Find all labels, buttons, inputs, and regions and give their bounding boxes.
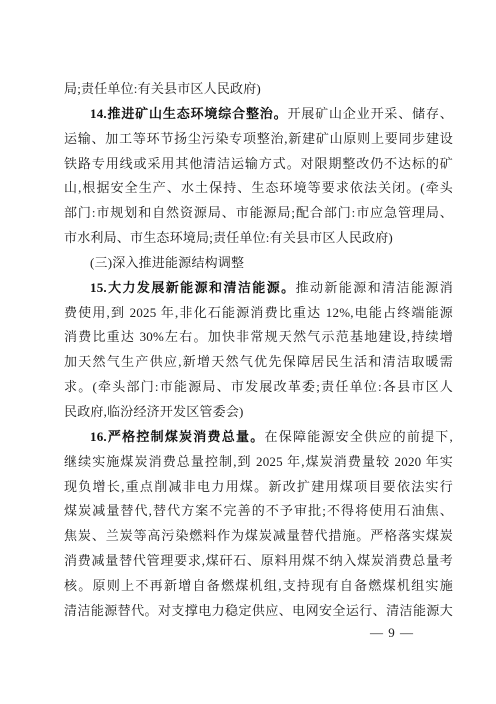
item-14-first-line: 14.推进矿山生态环境综合整治。开展矿山企业开采、储存、 xyxy=(64,102,453,127)
item-15-line: 费使用,到 2025 年,非化石能源消费比重达 12%,电能占终端能源 xyxy=(64,301,453,326)
item-15-first-line: 15.大力发展新能源和清洁能源。推动新能源和清洁能源消 xyxy=(64,276,453,301)
item-14-line: 部门:市规划和自然资源局、市能源局;配合部门:市应急管理局、 xyxy=(64,201,453,226)
item-15-line: 求。(牵头部门:市能源局、市发展改革委;责任单位:各县市区人 xyxy=(64,375,453,400)
page-number: — 9 — xyxy=(370,622,430,644)
item-16-line: 焦炭、兰炭等高污染燃料作为煤炭减量替代措施。严格落实煤炭 xyxy=(64,524,453,549)
item-15-line: 加天然气生产供应,新增天然气优先保障居民生活和清洁取暖需 xyxy=(64,350,453,375)
item-14-first-line-rest: 开展矿山企业开采、储存、 xyxy=(288,106,454,121)
item-15-last-line: 民政府,临汾经济开发区管委会) xyxy=(64,400,453,425)
item-14-line: 运输、加工等环节扬尘污染专项整治,新建矿山原则上要同步建设 xyxy=(64,127,453,152)
document-page: 局;责任单位:有关县市区人民政府) 14.推进矿山生态环境综合整治。开展矿山企业… xyxy=(0,0,496,704)
item-16-line: 现负增长,重点削减非电力用煤。新改扩建用煤项目要依法实行 xyxy=(64,475,453,500)
continuation-line: 局;责任单位:有关县市区人民政府) xyxy=(64,77,453,102)
item-14-line: 铁路专用线或采用其他清洁运输方式。对限期整改仍不达标的矿 xyxy=(64,152,453,177)
item-14-last-line: 市水利局、市生态环境局;责任单位:有关县市区人民政府) xyxy=(64,226,453,251)
section-3-heading: (三)深入推进能源结构调整 xyxy=(64,251,453,276)
item-15-line: 消费比重达 30%左右。加快非常规天然气示范基地建设,持续增 xyxy=(64,325,453,350)
item-16-first-line: 16.严格控制煤炭消费总量。在保障能源安全供应的前提下, xyxy=(64,425,453,450)
item-14-line: 山,根据安全生产、水土保持、生态环境等要求依法关闭。(牵头 xyxy=(64,176,453,201)
item-15-title: 15.大力发展新能源和清洁能源。 xyxy=(90,280,296,295)
item-16-line: 煤炭减量替代,替代方案不完善的不予审批;不得将使用石油焦、 xyxy=(64,499,453,524)
item-15-first-line-rest: 推动新能源和清洁能源消 xyxy=(296,280,453,295)
item-16-line: 消费减量替代管理要求,煤矸石、原料用煤不纳入煤炭消费总量考 xyxy=(64,549,453,574)
item-14-title: 14.推进矿山生态环境综合整治。 xyxy=(90,106,288,121)
document-text-block: 局;责任单位:有关县市区人民政府) 14.推进矿山生态环境综合整治。开展矿山企业… xyxy=(64,77,453,624)
item-16-line: 清洁能源替代。对支撑电力稳定供应、电网安全运行、清洁能源大 xyxy=(64,599,453,624)
item-16-line: 继续实施煤炭消费总量控制,到 2025 年,煤炭消费量较 2020 年实 xyxy=(64,450,453,475)
item-16-first-line-rest: 在保障能源安全供应的前提下, xyxy=(264,429,453,444)
item-16-line: 核。原则上不再新增自备燃煤机组,支持现有自备燃煤机组实施 xyxy=(64,574,453,599)
item-16-title: 16.严格控制煤炭消费总量。 xyxy=(90,429,264,444)
